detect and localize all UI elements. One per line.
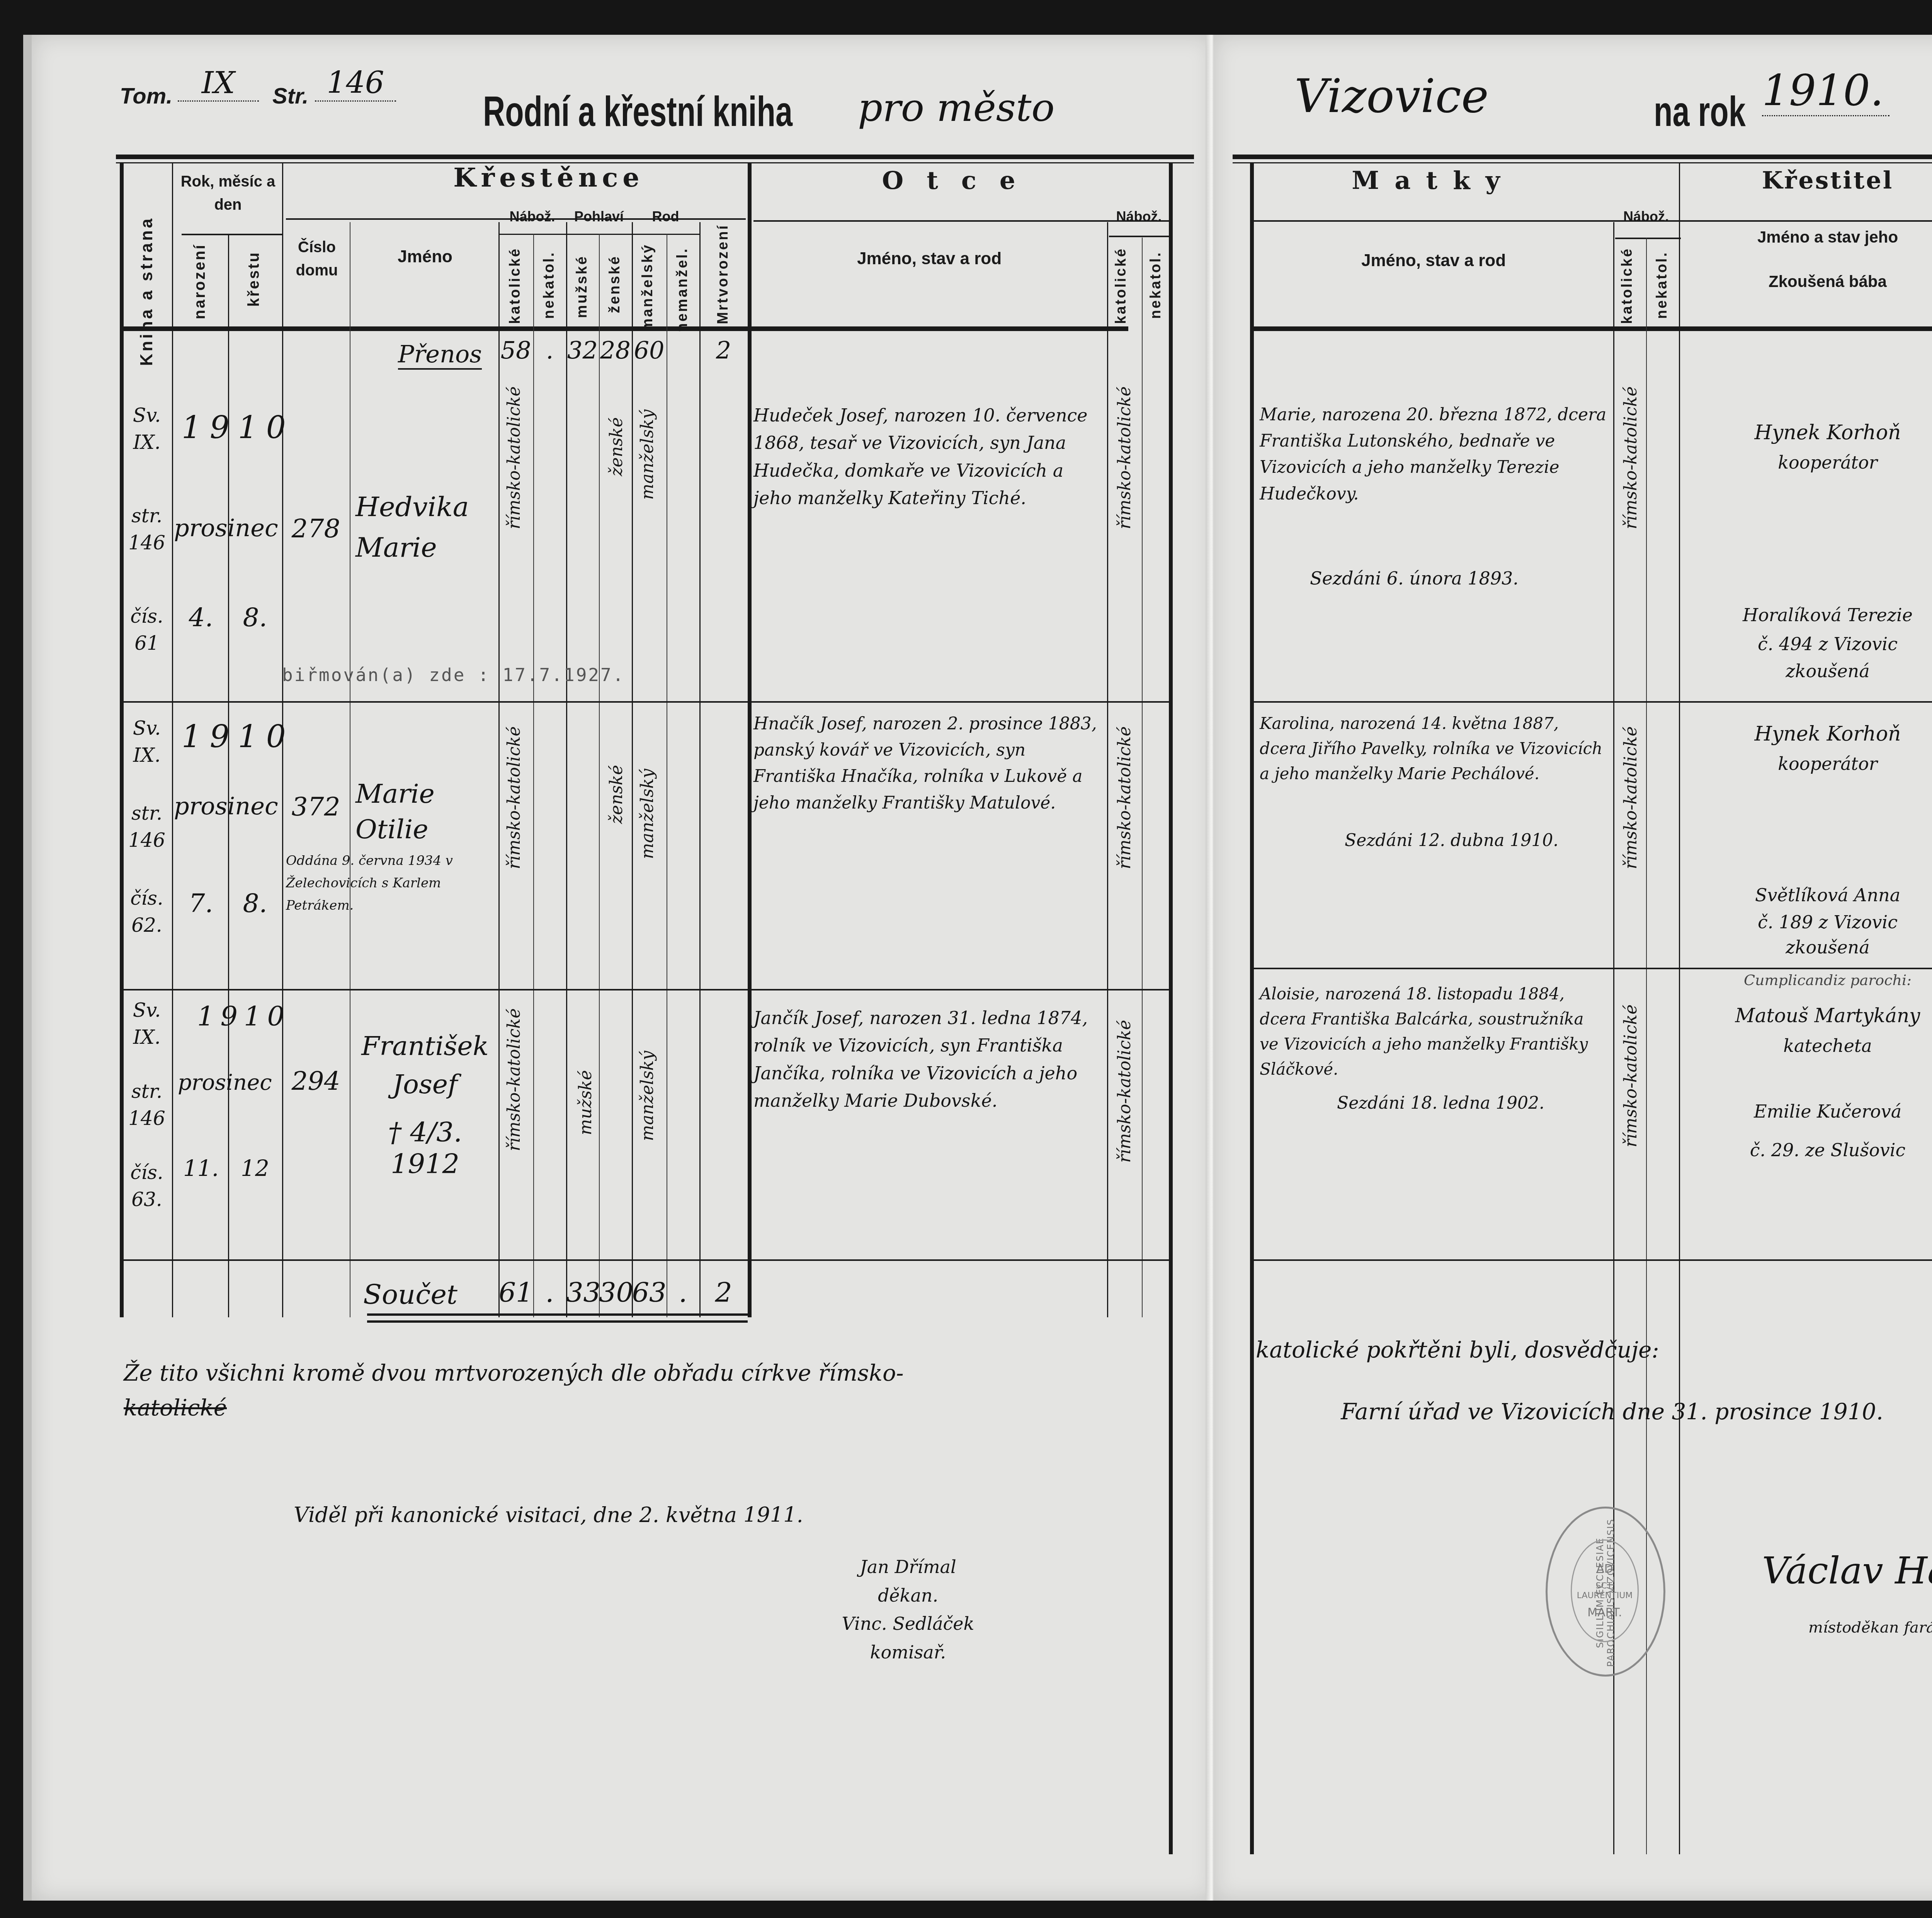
entry-2-note: Oddána 9. června 1934 v Želechovicích s … bbox=[286, 850, 495, 917]
entry-3-baba-adresa: č. 29. ze Slušovic bbox=[1681, 1140, 1932, 1160]
entry-3-kniha: Sv. IX. str. 146 čís. 63. bbox=[124, 997, 170, 1213]
entry-1-matka-sezdani: Sezdáni 6. února 1893. bbox=[1310, 568, 1519, 589]
entry-1-mesic: prosinec bbox=[174, 514, 278, 542]
entry-1-otec: Hudeček Josef, narozen 10. července 1868… bbox=[753, 402, 1097, 512]
header-muzske: mužské bbox=[574, 255, 590, 318]
entry-2-str: str. bbox=[124, 800, 170, 827]
entry-3-krestitel: Matouš Martykány bbox=[1681, 1004, 1932, 1027]
rule-rok bbox=[182, 234, 282, 235]
entry-1-rod: manželský bbox=[638, 409, 657, 500]
visitation-text: Viděl při kanonické visitaci, dne 2. kvě… bbox=[294, 1503, 803, 1527]
table-top-border-left bbox=[116, 155, 1194, 159]
visitation-signature-2: Vinc. Sedláček bbox=[831, 1610, 985, 1638]
pro-mesto: pro město bbox=[858, 85, 1055, 130]
entry-1-den-narozeni: 4. bbox=[174, 603, 228, 632]
rule-otce-naboz bbox=[1109, 236, 1171, 237]
header-naboz: Nábož. bbox=[498, 209, 566, 225]
entry-3-matka-nabozenstvi: římsko-katolické bbox=[1621, 1004, 1641, 1147]
entry-2-krestitel-stav: kooperátor bbox=[1681, 753, 1932, 774]
header-otce-katolicke: katolické bbox=[1113, 247, 1129, 324]
stamp-inner: AD SCT. LAURENTIUM MART. bbox=[1571, 1539, 1639, 1642]
header-matky-naboz: Nábož. bbox=[1613, 209, 1679, 225]
na-rok-text: na rok bbox=[1654, 87, 1746, 136]
entry-2-den-narozeni: 7. bbox=[174, 888, 228, 918]
entry-1-page: 146 bbox=[124, 529, 170, 556]
col-divider-muz bbox=[599, 234, 600, 1317]
header-nemanzel: nemanžel. bbox=[674, 247, 691, 332]
header-matky: Matky bbox=[1254, 166, 1613, 195]
town-name: Vizovice bbox=[1294, 70, 1489, 123]
entry-3-matka: Aloisie, narozená 18. listopadu 1884, dc… bbox=[1260, 981, 1607, 1082]
totals-manzelsky: 63 bbox=[632, 1277, 667, 1308]
entry-3-str: str. bbox=[124, 1078, 170, 1105]
stamp-ad: AD bbox=[1596, 1562, 1613, 1576]
entry-2-matka-sezdani: Sezdáni 12. dubna 1910. bbox=[1345, 831, 1558, 850]
header-jmeno: Jméno bbox=[352, 247, 498, 267]
header-otce-jmeno: Jméno, stav a rod bbox=[752, 249, 1107, 268]
entry-1-matka: Marie, narozena 20. března 1872, dcera F… bbox=[1260, 402, 1607, 507]
entry-3-jmeno: František Josef bbox=[352, 1028, 498, 1104]
entry-2-jmeno: Marie Otilie bbox=[355, 776, 464, 848]
row-divider-3-left bbox=[124, 1259, 1171, 1261]
entry-2-den-krestu: 8. bbox=[228, 888, 282, 918]
col-divider-zen bbox=[632, 222, 633, 1317]
parish-stamp: SIGILLUM ECCLESIAE PAROCHIALIS VIZOVICEN… bbox=[1546, 1507, 1665, 1677]
entry-3-note: † 4/3. 1912 bbox=[352, 1116, 498, 1180]
header-matky-jmeno: Jméno, stav a rod bbox=[1254, 251, 1613, 270]
attestation-left-line1: Že tito všichni kromě dvou mrtvorozených… bbox=[124, 1360, 1167, 1386]
entry-1-str: str. bbox=[124, 502, 170, 529]
header-mrtvorozeni: Mrtvorození bbox=[715, 224, 731, 324]
header-krestitel-sub2: Zkoušená bába bbox=[1681, 272, 1932, 291]
totals-label: Součet bbox=[363, 1279, 457, 1310]
entry-1-number: 61 bbox=[124, 630, 170, 657]
entry-3-nabozenstvi: římsko-katolické bbox=[504, 1008, 524, 1151]
entry-2-rod: manželský bbox=[638, 769, 657, 859]
header-manzelsky: manželský bbox=[639, 243, 656, 331]
entry-2-otec-nabozenstvi: římsko-katolické bbox=[1115, 726, 1134, 869]
right-inner-border bbox=[1250, 162, 1254, 1854]
entry-2-baba-adresa: č. 189 z Vizovic bbox=[1681, 912, 1932, 933]
book-title: Rodní a křestní kniha bbox=[483, 87, 913, 136]
col-divider-cislo bbox=[350, 222, 350, 1317]
totals-katolicke: 61 bbox=[498, 1277, 533, 1308]
header-kniha-a-strana: Kniha a strana bbox=[137, 216, 156, 366]
col-divider-otce bbox=[748, 162, 752, 1317]
entry-2-matka: Karolina, narozená 14. května 1887, dcer… bbox=[1260, 711, 1607, 786]
entry-3-cis: čís. bbox=[124, 1159, 170, 1186]
entry-1-matka-nabozenstvi: římsko-katolické bbox=[1621, 386, 1641, 529]
visitation-signature-1: Jan Dřímal bbox=[831, 1553, 985, 1582]
entry-1-baba-stav: zkoušená bbox=[1681, 661, 1932, 681]
col-divider-krestitel bbox=[1679, 162, 1680, 1854]
entry-2-otec: Hnačík Josef, narozen 2. prosince 1883, … bbox=[753, 711, 1097, 816]
header-otce-nekatol: nekatol. bbox=[1148, 251, 1164, 319]
entry-3-otec-nabozenstvi: římsko-katolické bbox=[1115, 1020, 1134, 1163]
entry-3-sv: Sv. bbox=[124, 997, 170, 1024]
header-otce: Otce bbox=[752, 166, 1169, 195]
book-title-text: Rodní a křestní kniha bbox=[483, 87, 793, 136]
entry-2-nabozenstvi: římsko-katolické bbox=[504, 726, 524, 869]
entry-1-pohlavi: ženské bbox=[607, 417, 626, 476]
entry-2-sv: Sv. bbox=[124, 715, 170, 742]
header-nekatol: nekatol. bbox=[541, 251, 558, 319]
entry-3-mesic: prosinec bbox=[178, 1070, 272, 1095]
entry-2-number: 62. bbox=[124, 912, 170, 939]
entry-1-note: biřmován(a) zde : 17.7.1927. bbox=[282, 664, 625, 685]
header-matky-nekatol: nekatol. bbox=[1654, 251, 1670, 319]
header-zenske: ženské bbox=[607, 255, 623, 313]
carry-over-manzelsky: 60 bbox=[632, 336, 667, 364]
entry-1-den-krestu: 8. bbox=[228, 603, 282, 632]
col-divider-nemanz bbox=[699, 222, 701, 1317]
entry-1-tom: IX. bbox=[124, 429, 170, 456]
entry-1-baba-adresa: č. 494 z Vizovic bbox=[1681, 634, 1932, 654]
header-krestitel: Křestitel bbox=[1681, 166, 1932, 194]
table-top-rule-right bbox=[1233, 162, 1932, 163]
carry-over-nekatol: . bbox=[533, 336, 566, 364]
entry-1-baba: Horalíková Terezie bbox=[1681, 605, 1932, 625]
header-krestu: křestu bbox=[245, 251, 263, 307]
entry-1-krestitel-stav: kooperátor bbox=[1681, 452, 1932, 473]
col-divider-manz bbox=[667, 234, 667, 1317]
row-divider-2-right bbox=[1252, 968, 1932, 969]
parish-signature-name: Václav Havelka bbox=[1762, 1549, 1932, 1592]
entry-3-rod: manželský bbox=[638, 1051, 657, 1141]
entry-3-cislo-domu: 294 bbox=[282, 1066, 350, 1096]
carry-over-label: Přenos bbox=[398, 340, 482, 370]
entry-1-rok: 1910 bbox=[182, 409, 294, 445]
totals-mrtvorozeni: 2 bbox=[699, 1277, 748, 1308]
entry-3-matka-sezdani: Sezdáni 18. ledna 1902. bbox=[1337, 1093, 1544, 1113]
totals-zenske: 30 bbox=[599, 1277, 632, 1308]
carry-over-mrtvorozeni: 2 bbox=[699, 336, 748, 364]
entry-3-otec: Jančík Josef, narozen 31. ledna 1874, ro… bbox=[753, 1004, 1097, 1114]
col-divider-otce-kat bbox=[1142, 238, 1143, 1317]
tom-value: IX bbox=[178, 66, 259, 102]
totals-underline-1 bbox=[367, 1313, 748, 1316]
entry-2-matka-nabozenstvi: římsko-katolické bbox=[1621, 726, 1641, 869]
entry-3-krestitel-stav: katecheta bbox=[1681, 1035, 1932, 1056]
rule-matky-naboz bbox=[1615, 238, 1681, 239]
col-divider-nekat bbox=[566, 222, 567, 1317]
entry-3-baba: Emilie Kučerová bbox=[1681, 1101, 1932, 1122]
carry-over-zenske: 28 bbox=[599, 336, 632, 364]
entry-1-cis: čís. bbox=[124, 603, 170, 630]
entry-2-kniha: Sv. IX. str. 146 čís. 62. bbox=[124, 715, 170, 939]
attestation-right-line1: katolické pokřtěni byli, dosvědčuje: bbox=[1256, 1337, 1659, 1363]
header-krestence: Křestěnce bbox=[352, 162, 746, 193]
header-otce-naboz: Nábož. bbox=[1107, 209, 1171, 225]
row-divider-1-right bbox=[1252, 701, 1932, 703]
parish-signature-role: místoděkan farář bbox=[1808, 1619, 1932, 1636]
left-outer-border bbox=[120, 162, 124, 1317]
header-bottom-border-left bbox=[124, 326, 1128, 331]
row-divider-1-left bbox=[124, 701, 1171, 703]
entry-2-cis: čís. bbox=[124, 885, 170, 912]
entry-2-page: 146 bbox=[124, 827, 170, 854]
col-divider-kat bbox=[533, 234, 534, 1317]
header-bottom-border-right bbox=[1252, 326, 1932, 331]
entry-1-kniha: Sv. IX. str. 146 čís. 61 bbox=[124, 402, 170, 657]
totals-nekatol: . bbox=[533, 1277, 566, 1308]
header-pohlavi: Pohlaví bbox=[566, 209, 632, 225]
header-krestitel-sub1: Jméno a stav jeho bbox=[1681, 228, 1932, 246]
entry-1-sv: Sv. bbox=[124, 402, 170, 429]
left-inner-border bbox=[1169, 162, 1173, 1854]
entry-1-krestitel: Hynek Korhoň bbox=[1681, 421, 1932, 444]
entry-1-nabozenstvi: římsko-katolické bbox=[504, 386, 524, 529]
totals-nemanzel: . bbox=[667, 1277, 699, 1308]
year-value: 1910. bbox=[1762, 66, 1889, 116]
entry-1-cislo-domu: 278 bbox=[282, 514, 350, 544]
entry-2-mesic: prosinec bbox=[174, 792, 278, 820]
entry-2-baba-stav: zkoušená bbox=[1681, 937, 1932, 958]
row-divider-2-left bbox=[124, 989, 1171, 990]
entry-3-pohlavi: mužské bbox=[576, 1070, 595, 1135]
tom-label: Tom. bbox=[120, 83, 172, 109]
totals-underline-2 bbox=[367, 1320, 748, 1323]
entry-2-cislo-domu: 372 bbox=[282, 792, 350, 822]
entry-1-jmeno: Hedvika Marie bbox=[355, 487, 495, 568]
header-rok-mesic-den: Rok, měsíc a den bbox=[176, 170, 280, 216]
col-divider-kniha bbox=[172, 162, 173, 1317]
header-rod: Rod bbox=[632, 209, 699, 225]
attestation-left-line2: katolické bbox=[124, 1395, 227, 1421]
entry-2-tom: IX. bbox=[124, 742, 170, 769]
header-matky-katolicke: katolické bbox=[1619, 247, 1636, 324]
entry-3-den-krestu: 12 bbox=[228, 1155, 282, 1181]
str-value: 146 bbox=[315, 66, 396, 102]
attestation-right-line2: Farní úřad ve Vizovicích dne 31. prosinc… bbox=[1341, 1398, 1883, 1425]
rule-right bbox=[1252, 220, 1932, 222]
row-divider-3-right bbox=[1252, 1259, 1932, 1261]
carry-over-muzske: 32 bbox=[566, 336, 599, 364]
entry-1-otec-nabozenstvi: římsko-katolické bbox=[1115, 386, 1134, 529]
visitation-signatures: Jan Dřímal děkan. Vinc. Sedláček komisař… bbox=[831, 1553, 985, 1667]
entry-3-page: 146 bbox=[124, 1105, 170, 1132]
totals-muzske: 33 bbox=[566, 1277, 599, 1308]
entry-2-krestitel: Hynek Korhoň bbox=[1681, 722, 1932, 746]
entry-3-number: 63. bbox=[124, 1186, 170, 1213]
entry-2-pohlavi: ženské bbox=[607, 765, 626, 824]
stamp-inner-2: MART. bbox=[1587, 1606, 1622, 1619]
table-top-border-right bbox=[1233, 155, 1932, 159]
entry-3-den-narozeni: 11. bbox=[174, 1155, 228, 1181]
visitation-signature-2-role: komisař. bbox=[831, 1638, 985, 1667]
entry-3-krestitel-note: Cumplicandiz parochi: bbox=[1681, 972, 1932, 989]
col-divider-otce-naboz bbox=[1107, 222, 1108, 1317]
carry-over-katolicke: 58 bbox=[498, 336, 533, 364]
header-narozeni: narození bbox=[191, 243, 209, 319]
header-katolicke: katolické bbox=[507, 247, 524, 324]
stamp-inner-1: SCT. LAURENTIUM bbox=[1572, 1581, 1638, 1600]
str-label: Str. bbox=[272, 83, 309, 109]
entry-2-baba: Světlíková Anna bbox=[1681, 885, 1932, 905]
col-divider-jmeno bbox=[498, 222, 500, 1317]
entry-3-tom: IX. bbox=[124, 1024, 170, 1051]
entry-3-rok: 1910 bbox=[197, 1001, 291, 1032]
entry-2-rok: 1910 bbox=[182, 719, 294, 754]
visitation-signature-1-role: děkan. bbox=[831, 1582, 985, 1610]
header-cislo-domu: Číslo domu bbox=[288, 236, 346, 282]
